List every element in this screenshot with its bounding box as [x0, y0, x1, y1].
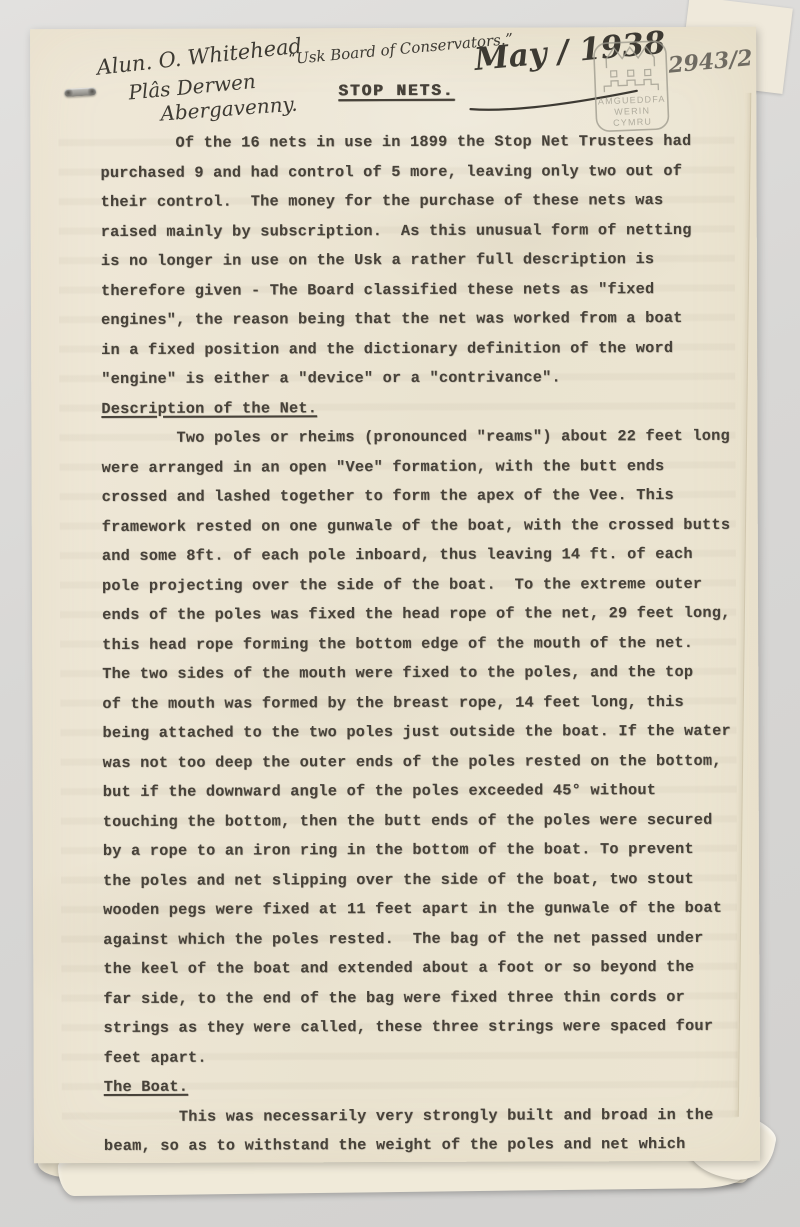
stamp-text-line1: AMGUEDDFA [598, 94, 666, 107]
typed-body: Of the 16 nets in use in 1899 the Stop N… [100, 127, 772, 1162]
scanned-document-photo: { "doc": { "reference_number": "2943/2",… [0, 0, 800, 1227]
staple-icon [64, 87, 96, 97]
text-block: The Boat. [104, 1071, 772, 1103]
text-block: Of the 16 nets in use in 1899 the Stop N… [100, 127, 769, 395]
document-title: STOP NETS. [338, 82, 454, 100]
museum-stamp-icon: AMGUEDDFA WERIN CYMRU [590, 38, 672, 135]
handwritten-name: Alun. O. Whitehead [95, 34, 303, 80]
paper-page: Alun. O. Whitehead Plâs Derwen Abergaven… [30, 27, 760, 1164]
text-block: Description of the Net. [101, 392, 769, 424]
handwritten-reference-number: 2943/2 [667, 45, 754, 79]
stamp-text-line2: WERIN [614, 105, 650, 116]
text-block: This was necessarily very strongly built… [104, 1100, 772, 1161]
text-block: Two poles or rheims (pronounced "reams")… [101, 422, 771, 1073]
